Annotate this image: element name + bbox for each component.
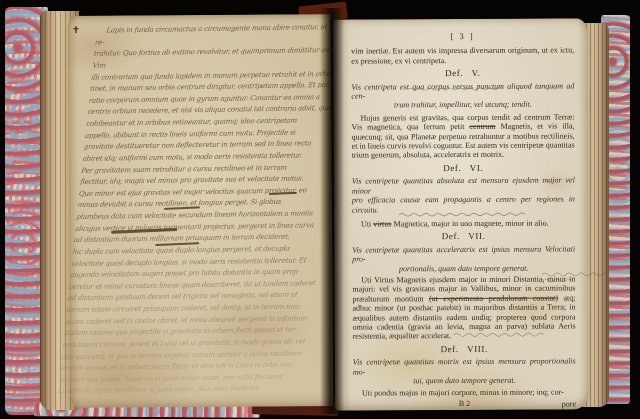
- def5-explanation: Hujus generis est gravitas, qua corpus t…: [351, 112, 574, 160]
- intro-paragraph: vim inertiæ. Est autem vis impressa dive…: [351, 46, 574, 66]
- interlinear-annotation-squiggle: [407, 86, 507, 91]
- marginal-annotation: [540, 270, 614, 289]
- def8-explanation: Uti pondus majus in majori corpore, minu…: [353, 388, 576, 399]
- manuscript-page: ✝ Lapis in funda circumactus a circumage…: [68, 14, 334, 408]
- def5-body: Vis centripeta est qua corpus versus pun…: [351, 81, 574, 110]
- printed-text-block: [ 3 ] vim inertiæ. Est autem vis impress…: [351, 31, 576, 409]
- def8-body: Vis centripetæ quantitas motrix est ipsi…: [353, 357, 576, 386]
- def7-body: Vis centripetæ quantitas acceleratrix es…: [352, 244, 575, 273]
- dagger-mark: ✝: [72, 25, 80, 36]
- signature-row: B 2 pore: [353, 398, 576, 409]
- def5-heading: Def. V.: [351, 69, 574, 80]
- interlinear-annotation-squiggle: [398, 212, 528, 218]
- def8-heading: Def. VIII.: [353, 344, 576, 355]
- book-photo: ✝ Lapis in funda circumactus a circumage…: [0, 0, 640, 419]
- gathering-signature: B 2: [353, 398, 576, 409]
- catchword: pore: [562, 399, 576, 408]
- def6-heading: Def. VI.: [352, 163, 575, 174]
- struck-word: virtus: [373, 219, 391, 228]
- page-number: [ 3 ]: [351, 31, 574, 42]
- struck-word: centrum: [469, 122, 495, 131]
- printed-page: [ 3 ] vim inertiæ. Est autem vis impress…: [333, 18, 589, 410]
- def7-heading: Def. VII.: [352, 232, 575, 243]
- def6-body: Vis centripetæ quantitas absoluta est me…: [352, 176, 575, 218]
- manuscript-text-block: ✝ Lapis in funda circumactus a circumage…: [74, 22, 333, 398]
- handwritten-tail-squiggle: [451, 332, 547, 339]
- marginal-annotation-squiggle: [540, 270, 614, 284]
- def6-explanation: Uti virtus Magnetica, major in uno magne…: [352, 218, 575, 229]
- struck-phrase: (ut experimento pendulorum constat): [429, 293, 558, 303]
- manuscript-handwriting: Lapis in funda circumactus a circumagent…: [57, 22, 350, 399]
